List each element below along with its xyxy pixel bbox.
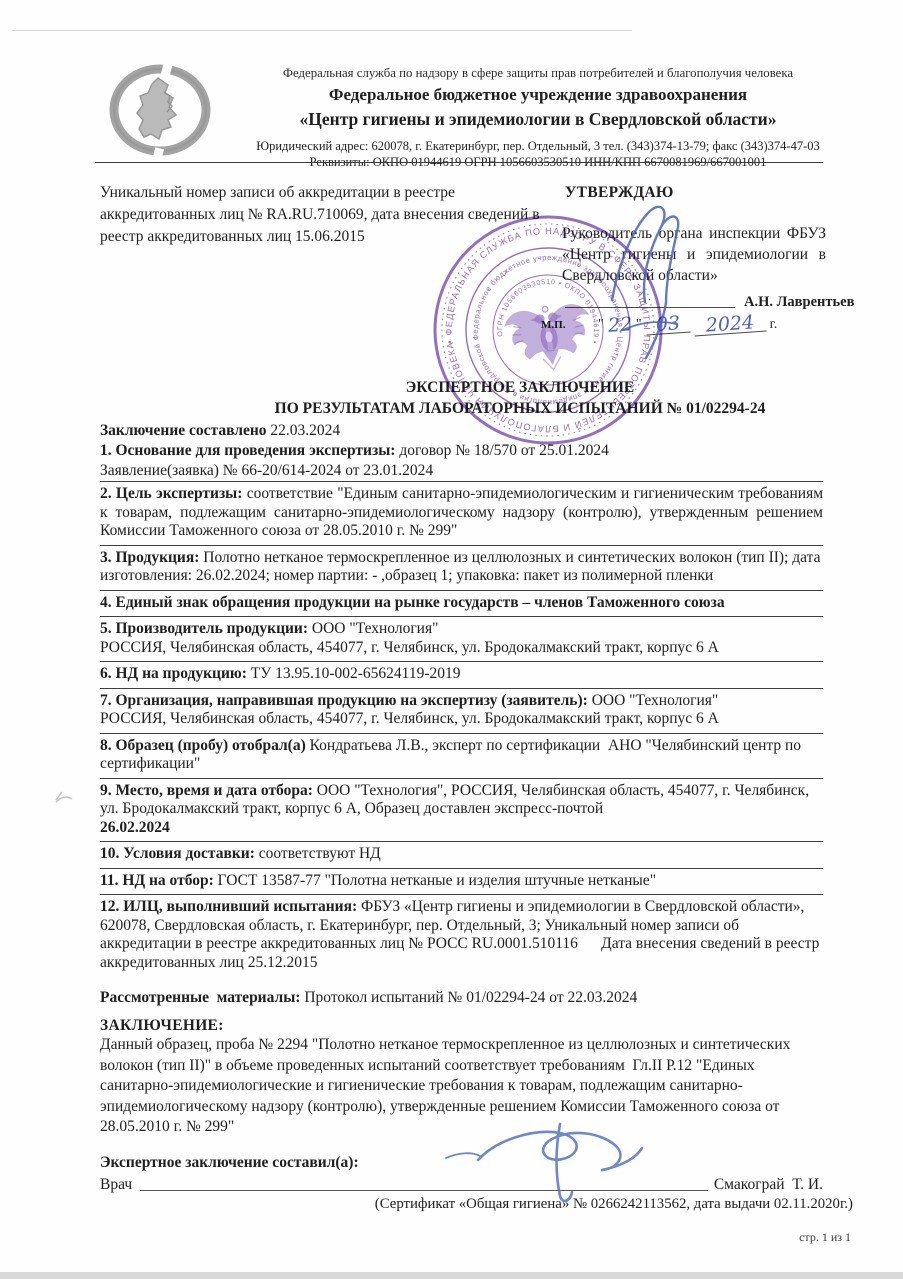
section-4-eac-mark: 4. Единый знак обращения продукции на ры…	[100, 590, 823, 617]
section-6-label: 6. НД на продукцию:	[100, 665, 247, 682]
section-3-product: 3. Продукция: Полотно нетканое термоскре…	[100, 545, 823, 590]
section-3-label: 3. Продукция:	[100, 549, 199, 566]
section-2-purpose: 2. Цель экспертизы: соответствие "Единым…	[100, 481, 823, 545]
signoff-certificate: (Сертификат «Общая гигиена» № 0266242113…	[130, 1194, 853, 1214]
section-6-nd-product: 6. НД на продукцию: ТУ 13.95.10-002-6562…	[100, 661, 823, 688]
header-org-line2: «Центр гигиены и эпидемиологии в Свердло…	[238, 107, 838, 131]
header-address: Юридический адрес: 620078, г. Екатеринбу…	[238, 138, 838, 154]
signoff-name: Смакограй Т. И.	[714, 1176, 823, 1194]
scan-artifact-top-line	[12, 30, 632, 31]
section-5-address: РОССИЯ, Челябинская область, 454077, г. …	[100, 639, 823, 658]
official-round-stamp: • ФЕДЕРАЛЬНАЯ СЛУЖБА ПО НАДЗОРУ В СФЕРЕ …	[412, 194, 683, 465]
conclusion-heading: ЗАКЛЮЧЕНИЕ:	[100, 1017, 823, 1035]
pencil-mark	[56, 792, 72, 802]
section-10-label: 10. Условия доставки:	[100, 845, 255, 862]
signoff-label: Экспертное заключение составил(а):	[100, 1154, 823, 1172]
page-number: стр. 1 из 1	[128, 1230, 851, 1245]
section-8-label: 8. Образец (пробу) отобрал(а)	[100, 737, 306, 754]
section-10-text: соответствуют НД	[259, 845, 381, 862]
section-3-text: Полотно нетканое термоскрепленное из цел…	[100, 549, 820, 585]
section-12-laboratory: 12. ИЛЦ, выполнивший испытания: ФБУЗ «Це…	[100, 894, 823, 976]
section-4-label: 4. Единый знак обращения продукции на ры…	[100, 594, 725, 611]
materials-label: Рассмотренные материалы:	[100, 989, 300, 1006]
header-divider	[95, 162, 823, 163]
document-header: Федеральная служба по надзору в сфере за…	[238, 66, 838, 170]
sverdlovsk-region-emblem-icon	[106, 62, 216, 166]
section-9-label: 9. Место, время и дата отбора:	[100, 782, 313, 799]
header-agency-line: Федеральная служба по надзору в сфере за…	[238, 66, 838, 81]
reviewed-materials: Рассмотренные материалы: Протокол испыта…	[100, 988, 823, 1008]
section-5-label: 5. Производитель продукции:	[100, 620, 308, 637]
section-12-label: 12. ИЛЦ, выполнивший испытания:	[100, 898, 357, 915]
section-5-manufacturer: 5. Производитель продукции: ООО "Техноло…	[100, 616, 823, 661]
section-11-label: 11. НД на отбор:	[100, 872, 214, 889]
section-7-address: РОССИЯ, Челябинская область, 454077, г. …	[100, 710, 823, 729]
section-10-delivery: 10. Условия доставки: соответствуют НД	[100, 841, 823, 868]
section-8-sampler: 8. Образец (пробу) отобрал(а) Кондратьев…	[100, 733, 823, 778]
section-6-text: ТУ 13.95.10-002-65624119-2019	[251, 665, 461, 682]
approver-name: А.Н. Лаврентьев	[744, 294, 854, 311]
intro-application-text: Заявление(заявка) № 66-20/614-2024 от 23…	[100, 462, 433, 479]
stamp-middle-text: Федеральное бюджетное учреждение здравоо…	[412, 194, 635, 423]
section-7-label: 7. Организация, направившая продукцию на…	[100, 692, 588, 709]
svg-text:Федеральное бюджетное учрежден: Федеральное бюджетное учреждение здравоо…	[412, 194, 635, 423]
signoff-role: Врач	[100, 1176, 132, 1194]
signoff-row: Врач Смакограй Т. И.	[100, 1176, 823, 1194]
section-11-nd-sampling: 11. НД на отбор: ГОСТ 13587-77 "Полотна …	[100, 868, 823, 895]
stamp-eagle-icon	[503, 301, 595, 376]
date-year-suffix: г.	[770, 317, 778, 334]
intro-compiled-date: 22.03.2024	[270, 422, 340, 439]
section-7-text: ООО "Технология"	[592, 692, 719, 709]
scan-edge-band	[0, 1272, 903, 1279]
conclusion-text: Данный образец, проба № 2294 "Полотно не…	[100, 1035, 823, 1138]
section-2-label: 2. Цель экспертизы:	[100, 485, 242, 502]
materials-text: Протокол испытаний № 01/02294-24 от 22.0…	[304, 989, 637, 1006]
handwritten-year: 2024	[693, 313, 766, 337]
section-11-text: ГОСТ 13587-77 "Полотна нетканые и издели…	[218, 872, 656, 889]
section-7-applicant: 7. Организация, направившая продукцию на…	[100, 688, 823, 733]
section-9-date: 26.02.2024	[100, 819, 823, 838]
intro-basis-label: 1. Основание для проведения экспертизы:	[100, 442, 395, 459]
document-body: Заключение составлено 22.03.2024 1. Осно…	[100, 421, 823, 1245]
header-org-line1: Федеральное бюджетное учреждение здравоо…	[238, 83, 838, 107]
intro-compiled-label: Заключение составлено	[100, 422, 267, 439]
intro-application-line: Заявление(заявка) № 66-20/614-2024 от 23…	[100, 461, 823, 481]
section-9-sampling-place: 9. Место, время и дата отбора: ООО "Техн…	[100, 778, 823, 842]
document-page: Федеральная служба по надзору в сфере за…	[0, 0, 903, 1279]
section-5-text: ООО "Технология"	[312, 620, 439, 637]
signoff-signature-line	[140, 1190, 708, 1191]
